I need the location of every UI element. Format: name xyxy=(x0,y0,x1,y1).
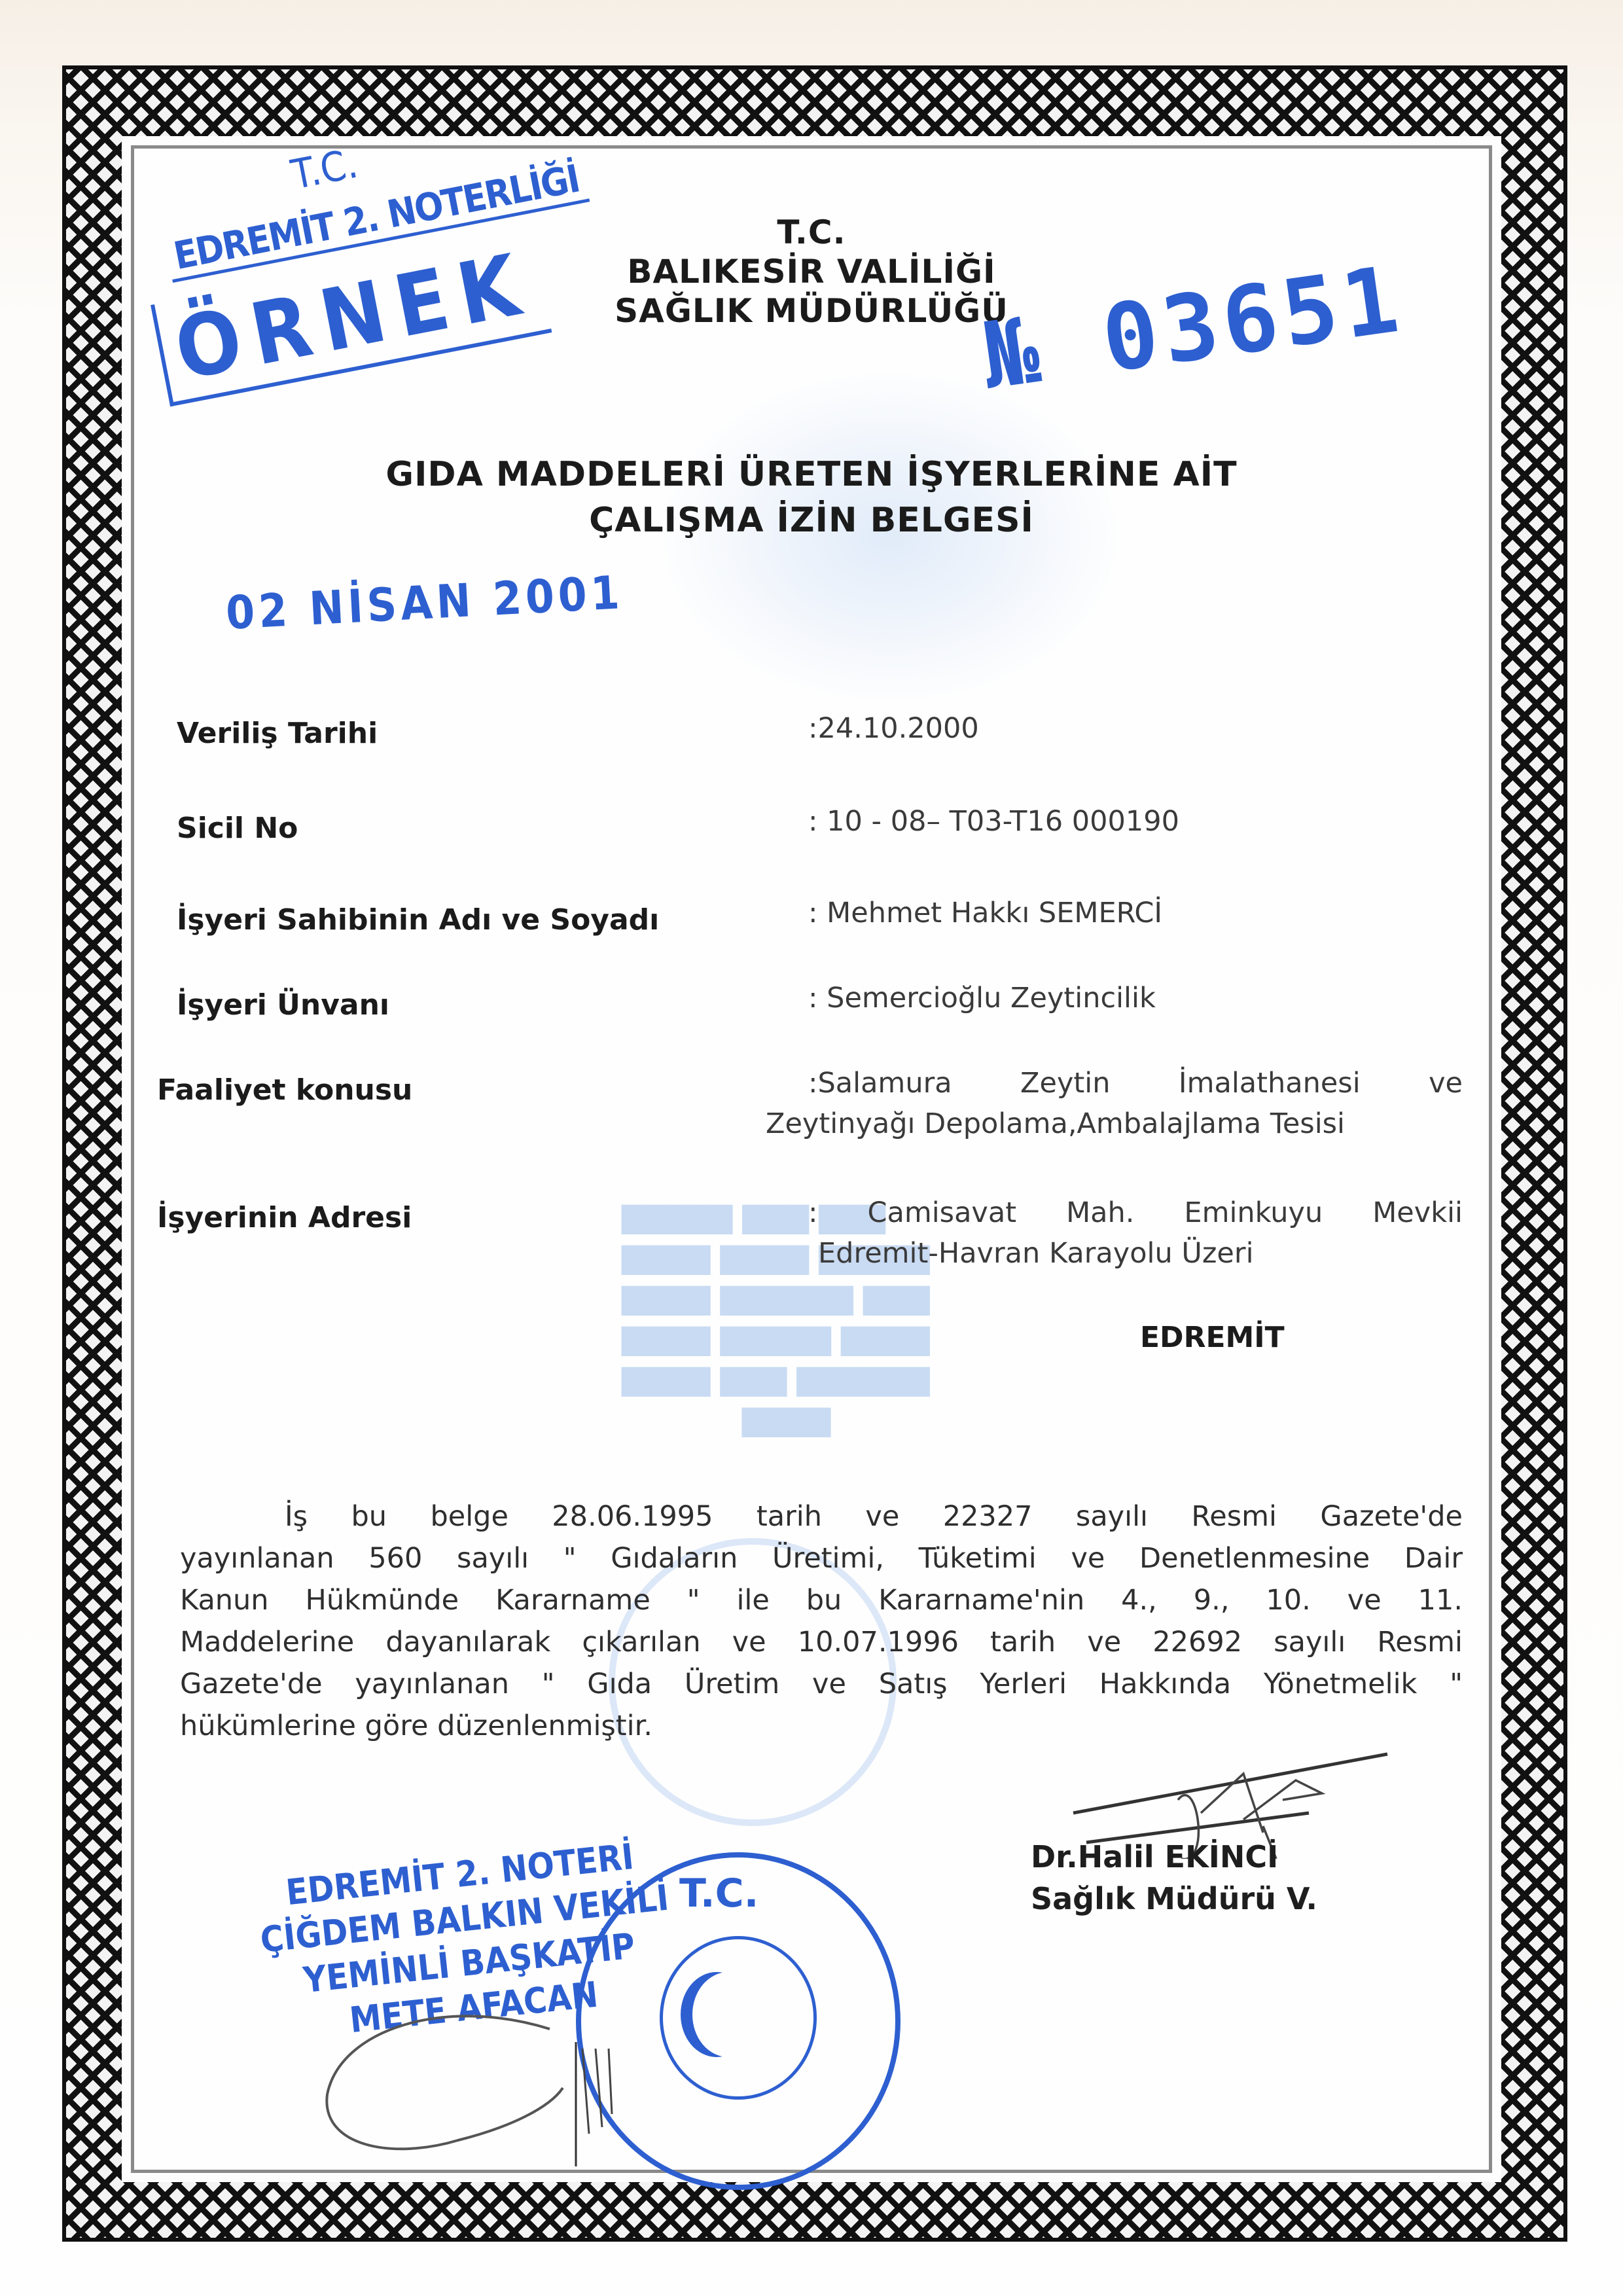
field-label-activity: Faaliyet konusu xyxy=(157,1073,412,1107)
paragraph-line: yayınlanan 560 sayılı " Gıdaların Üretim… xyxy=(180,1537,1463,1579)
field-value-business-title: : Semercioğlu Zeytincilik xyxy=(808,982,1156,1014)
document-title: GIDA MADDELERİ ÜRETEN İŞYERLERİNE AİT ÇA… xyxy=(196,452,1427,543)
header-governorship: BALIKESİR VALİLİĞİ xyxy=(576,252,1047,291)
legal-paragraph: İş bu belge 28.06.1995 tarih ve 22327 sa… xyxy=(180,1496,1463,1747)
field-value-address-line1: : Camisavat Mah. Eminkuyu Mevkii xyxy=(808,1196,1463,1229)
header-directorate: SAĞLIK MÜDÜRLÜĞÜ xyxy=(576,291,1047,331)
header: T.C. BALIKESİR VALİLİĞİ SAĞLIK MÜDÜRLÜĞÜ xyxy=(576,213,1047,331)
notary-signature xyxy=(314,2003,654,2166)
field-label-registry-no: Sicil No xyxy=(177,812,298,845)
field-value-owner-name: : Mehmet Hakkı SEMERCİ xyxy=(808,897,1162,929)
paragraph-line: Maddelerine dayanılarak çıkarılan ve 10.… xyxy=(180,1621,1463,1663)
ornek-stamp-tc: T.C. xyxy=(287,139,361,199)
signatory-name: Dr.Halil EKİNCİ xyxy=(1031,1836,1317,1878)
title-line-2: ÇALIŞMA İZİN BELGESİ xyxy=(196,497,1427,543)
field-value-address-line2: Edremit-Havran Karayolu Üzeri xyxy=(818,1237,1254,1270)
field-value-activity-line2: Zeytinyağı Depolama,Ambalajlama Tesisi xyxy=(766,1107,1345,1140)
seal-emblem xyxy=(660,1936,817,2100)
title-line-1: GIDA MADDELERİ ÜRETEN İŞYERLERİNE AİT xyxy=(196,452,1427,497)
header-tc: T.C. xyxy=(576,213,1047,252)
field-label-address: İşyerinin Adresi xyxy=(157,1201,412,1234)
seal-tc: T.C. xyxy=(679,1871,758,1916)
field-label-owner-name: İşyeri Sahibinin Adı ve Soyadı xyxy=(177,903,659,937)
field-label-issue-date: Veriliş Tarihi xyxy=(177,717,378,750)
field-value-address-city: EDREMİT xyxy=(1140,1321,1285,1354)
field-value-activity-line1: :Salamura Zeytin İmalathanesi ve xyxy=(808,1067,1463,1100)
field-value-registry-no: : 10 - 08– T03-T16 000190 xyxy=(808,805,1179,838)
signatory-block: Dr.Halil EKİNCİ Sağlık Müdürü V. xyxy=(1031,1836,1317,1920)
field-value-issue-date: :24.10.2000 xyxy=(808,712,979,745)
paragraph-line: Kanun Hükmünde Kararname " ile bu Kararn… xyxy=(180,1579,1463,1621)
signatory-title: Sağlık Müdürü V. xyxy=(1031,1878,1317,1920)
paragraph-line: Gazete'de yayınlanan " Gıda Üretim ve Sa… xyxy=(180,1663,1463,1705)
crescent-icon xyxy=(692,1972,764,2057)
ghost-stamp-text: ▇▇▇▇▇ ▇▇▇ ▇▇▇▇▇▇▇ ▇▇▇▇ ▇▇▇▇▇▇▇▇▇ ▇▇▇▇▇▇ … xyxy=(622,1198,930,1441)
paragraph-line: İş bu belge 28.06.1995 tarih ve 22327 sa… xyxy=(180,1496,1463,1537)
field-label-business-title: İşyeri Ünvanı xyxy=(177,988,389,1022)
